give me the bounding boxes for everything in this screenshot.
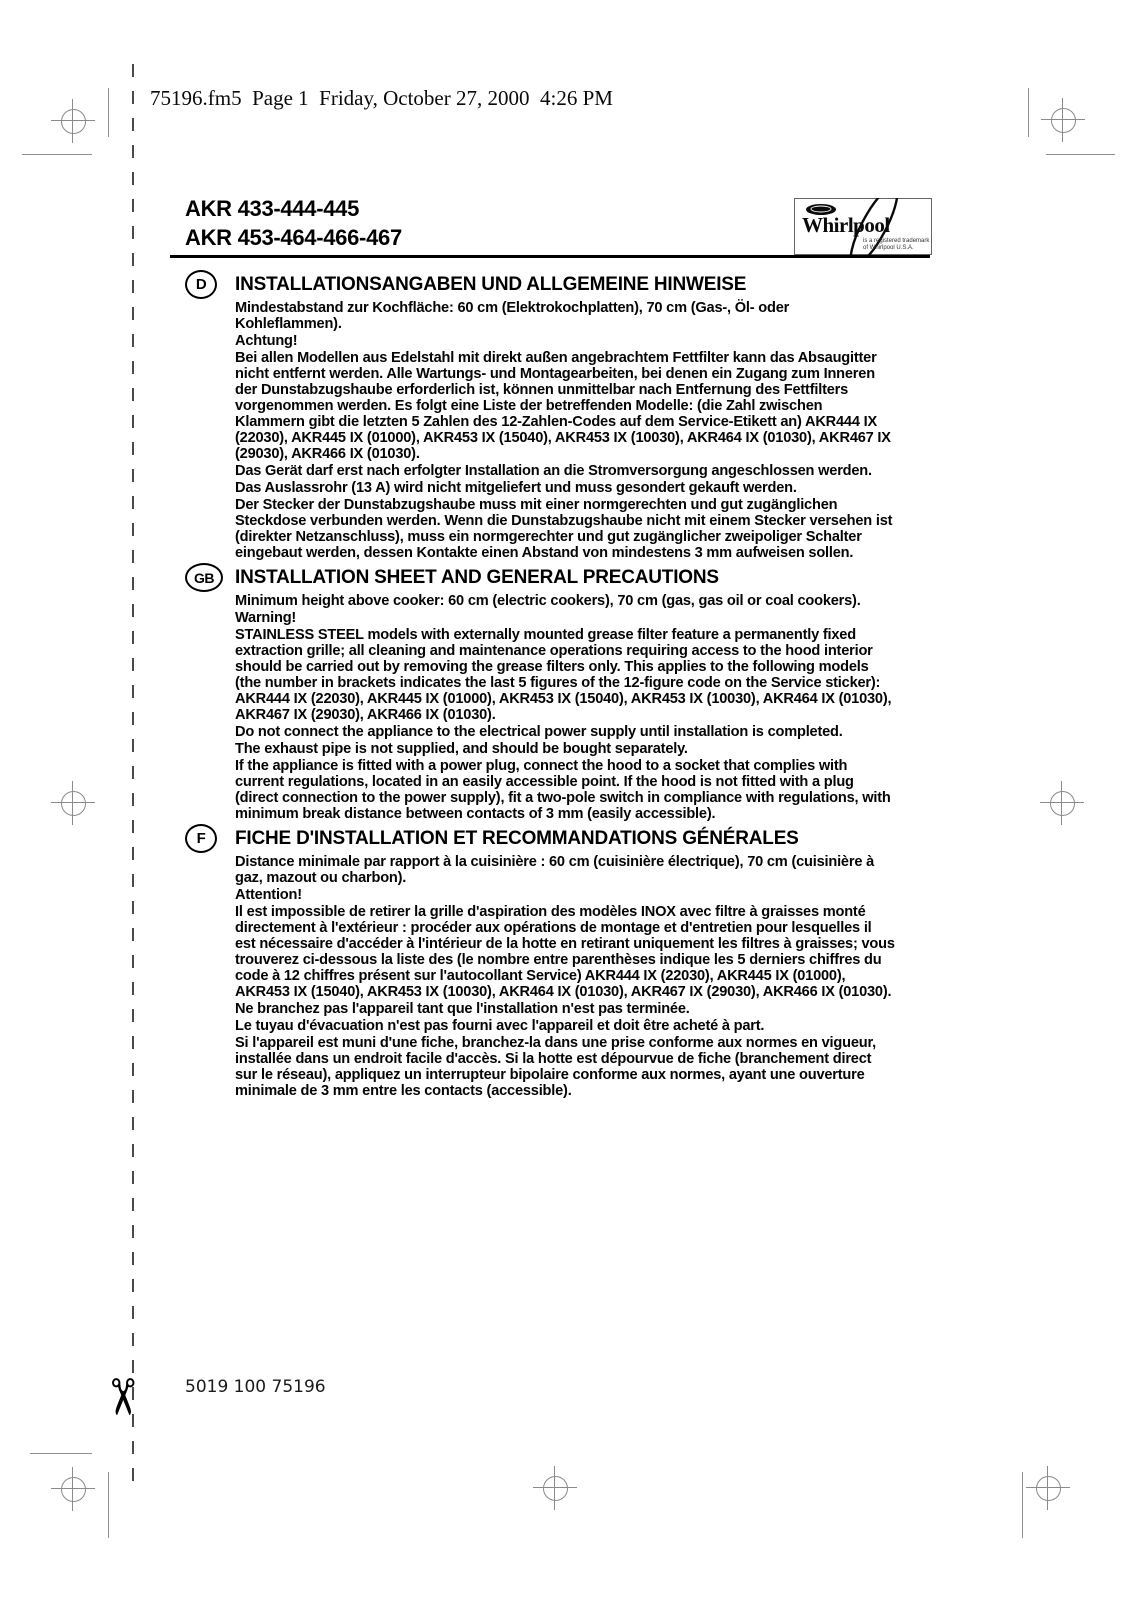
section-french: F FICHE D'INSTALLATION ET RECOMMANDATION… — [235, 825, 895, 1099]
paragraph: Il est impossible de retirer la grille d… — [235, 904, 895, 1000]
crop-line-vertical-top-left — [108, 88, 109, 137]
whirlpool-logo: Whirlpool is a registered trademark of W… — [794, 198, 932, 260]
registration-mark-bottom-right — [1026, 1466, 1070, 1510]
cut-dashed-line — [132, 64, 134, 1482]
part-number: 5019 100 75196 — [185, 1377, 326, 1397]
logo-trademark-line2: of Whirlpool U.S.A. — [863, 245, 914, 251]
section-heading-french: FICHE D'INSTALLATION ET RECOMMANDATIONS … — [235, 825, 895, 852]
paragraph: Attention! — [235, 887, 895, 903]
paragraph: Le tuyau d'évacuation n'est pas fourni a… — [235, 1018, 895, 1034]
document-header-line: 75196.fm5 Page 1 Friday, October 27, 200… — [150, 86, 613, 111]
model-title-block: AKR 433-444-445 AKR 453-464-466-467 — [185, 194, 402, 252]
paragraph: If the appliance is fitted with a power … — [235, 758, 895, 822]
registration-mark-bottom-center — [533, 1466, 577, 1510]
section-german: D INSTALLATIONSANGABEN UND ALLGEMEINE HI… — [235, 271, 895, 561]
model-title-line1: AKR 433-444-445 — [185, 194, 402, 223]
crop-line-vertical-bottom-left — [108, 1472, 109, 1538]
paragraph: Bei allen Modellen aus Edelstahl mit dir… — [235, 350, 895, 462]
paragraph: Das Gerät darf erst nach erfolgter Insta… — [235, 463, 895, 479]
language-badge-gb: GB — [185, 563, 223, 592]
crop-line-vertical-top-right — [1028, 88, 1029, 137]
paragraph: Minimum height above cooker: 60 cm (elec… — [235, 593, 895, 609]
section-heading-german: INSTALLATIONSANGABEN UND ALLGEMEINE HINW… — [235, 271, 895, 298]
paragraph: Warning! — [235, 610, 895, 626]
crop-line-vertical-bottom-right — [1022, 1472, 1023, 1538]
paragraph: Achtung! — [235, 333, 895, 349]
registration-mark-bottom-left — [51, 1467, 95, 1511]
paragraph: Distance minimale par rapport à la cuisi… — [235, 854, 895, 886]
paragraph: STAINLESS STEEL models with externally m… — [235, 627, 895, 723]
section-english: GB INSTALLATION SHEET AND GENERAL PRECAU… — [235, 564, 895, 822]
crop-line-horizontal-top-right — [1046, 154, 1115, 155]
scissors-icon: ✂ — [97, 1376, 147, 1418]
paragraph: The exhaust pipe is not supplied, and sh… — [235, 741, 895, 757]
paragraph: Der Stecker der Dunstabzugshaube muss mi… — [235, 497, 895, 561]
paragraph: Do not connect the appliance to the elec… — [235, 724, 895, 740]
crop-line-horizontal-bottom-left — [30, 1453, 92, 1454]
document-body: D INSTALLATIONSANGABEN UND ALLGEMEINE HI… — [235, 271, 895, 1102]
paragraph: Si l'appareil est muni d'une fiche, bran… — [235, 1035, 895, 1099]
paragraph: Ne branchez pas l'appareil tant que l'in… — [235, 1001, 895, 1017]
registration-mark-top-left — [51, 99, 95, 143]
registration-mark-middle-right — [1040, 781, 1084, 825]
scanned-installation-sheet-page: { "page_header": "75196.fm5 Page 1 Frida… — [0, 0, 1131, 1600]
logo-brand-text: Whirlpool — [802, 213, 890, 237]
section-heading-english: INSTALLATION SHEET AND GENERAL PRECAUTIO… — [235, 564, 895, 591]
paragraph: Das Auslassrohr (13 A) wird nicht mitgel… — [235, 480, 895, 496]
model-title-line2: AKR 453-464-466-467 — [185, 223, 402, 252]
registration-mark-middle-left — [51, 781, 95, 825]
logo-trademark-line1: is a registered trademark — [863, 238, 930, 244]
crop-line-horizontal-top-left — [22, 154, 92, 155]
language-badge-f: F — [185, 824, 217, 853]
registration-mark-top-right — [1041, 98, 1085, 142]
paragraph: Mindestabstand zur Kochfläche: 60 cm (El… — [235, 300, 895, 332]
language-badge-d: D — [185, 270, 217, 299]
whirlpool-logo-art: Whirlpool is a registered trademark of W… — [794, 198, 932, 255]
